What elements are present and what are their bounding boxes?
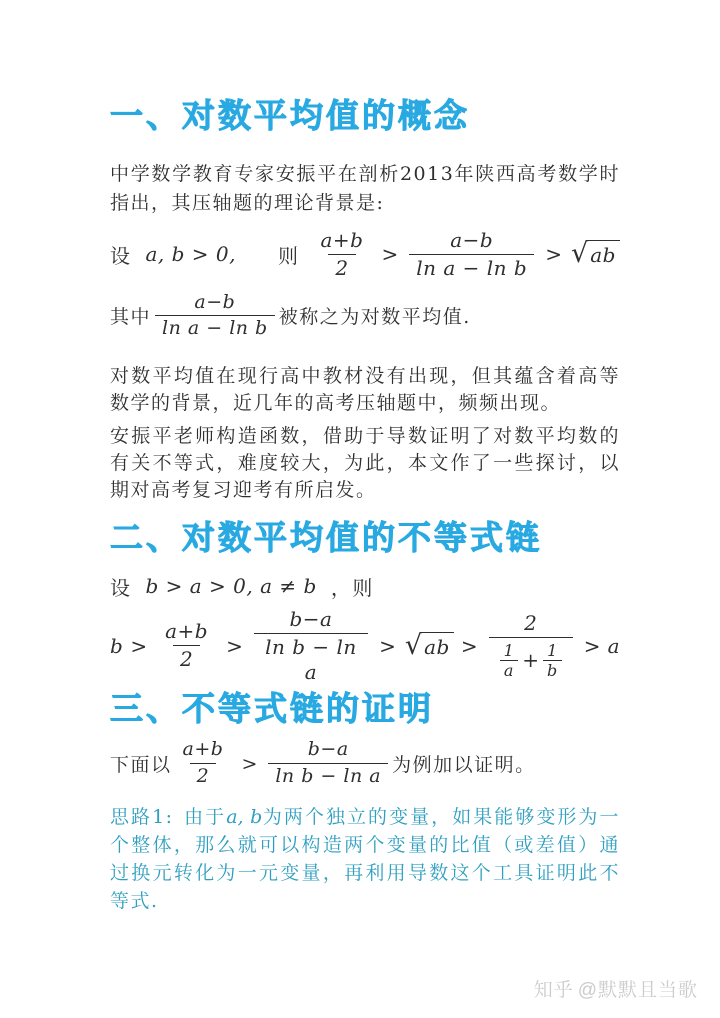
fraction-arith-mean: a+b 2 xyxy=(176,738,231,789)
idea-1-math-vars: a, b xyxy=(226,806,262,828)
fraction-arith-mean: a+b 2 xyxy=(314,228,371,281)
ze-label: 则 xyxy=(352,572,374,601)
greater-than-sign: > xyxy=(545,242,562,266)
idea-1-pre: 由于 xyxy=(184,806,227,828)
intro-paragraph: 中学数学教育专家安振平在剖析2013年陕西高考数学时指出，其压轴题的理论背景是: xyxy=(110,160,620,218)
plus-sign: + xyxy=(522,648,539,673)
log-mean-definition-line: 其中 a−b ln a − ln b 被称之为对数平均值. xyxy=(110,291,620,342)
definition-suffix: 被称之为对数平均值. xyxy=(279,302,471,329)
she-label: 设 xyxy=(110,572,132,601)
greater-than-sign: > xyxy=(130,634,147,658)
var-b: b xyxy=(110,634,123,658)
motivation-paragraph: 安振平老师构造函数，借助于导数证明了对数平均数的有关不等式，难度较大，为此，本文… xyxy=(110,423,620,504)
greater-than-sign: > xyxy=(381,242,398,266)
section-1-heading: 一、对数平均值的概念 xyxy=(110,96,620,136)
radical-icon: √ xyxy=(405,632,422,660)
greater-than-sign: > xyxy=(241,753,257,775)
example-prefix: 下面以 xyxy=(110,750,172,777)
comma: ， xyxy=(331,572,353,601)
fraction-log-mean: a−b ln a − ln b xyxy=(409,228,534,281)
zhihu-watermark: 知乎@默默且当歌 xyxy=(530,975,698,1002)
she-label: 设 xyxy=(110,240,132,269)
greater-than-sign: > xyxy=(226,634,243,658)
sqrt-geometric-mean: √ ab xyxy=(405,632,454,660)
idea-1-paragraph: 思路1:由于a, b为两个独立的变量，如果能够变形为一个整体，那么就可以构造两个… xyxy=(110,803,620,915)
sqrt-geometric-mean: √ ab xyxy=(571,240,620,268)
fraction-log-mean: b−a ln b − ln a xyxy=(254,607,368,685)
qizhong-label: 其中 xyxy=(110,302,151,329)
proof-example-line: 下面以 a+b 2 > b−a ln b − ln a 为例加以证明。 xyxy=(110,738,620,789)
example-suffix: 为例加以证明。 xyxy=(392,750,536,777)
greater-than-sign: > xyxy=(379,634,396,658)
var-a: a xyxy=(608,634,620,658)
idea-1-label: 思路1: xyxy=(110,806,174,828)
ze-label: 则 xyxy=(278,240,300,269)
zhihu-author-handle: @默默且当歌 xyxy=(578,980,698,1001)
article-page: 一、对数平均值的概念 中学数学教育专家安振平在剖析2013年陕西高考数学时指出，… xyxy=(0,0,720,915)
fraction-one-over-b: 1 b xyxy=(543,641,562,680)
fraction-one-over-a: 1 a xyxy=(500,641,519,680)
condition-b-gt-a: b > a > 0, a ≠ b xyxy=(146,574,317,598)
section-3-heading: 三、不等式链的证明 xyxy=(110,689,620,729)
fraction-harmonic-mean: 2 1 a + 1 b xyxy=(489,611,573,680)
chain-setup-line: 设 b > a > 0, a ≠ b ， 则 xyxy=(110,572,620,601)
background-paragraph: 对数平均值在现行高中教材没有出现，但其蕴含着高等数学的背景，近几年的高考压轴题中… xyxy=(110,363,620,417)
radical-icon: √ xyxy=(571,240,588,268)
greater-than-sign: > xyxy=(461,634,478,658)
log-mean-inequality-formula: 设 a, b > 0, 则 a+b 2 > a−b ln a − ln b > … xyxy=(110,228,620,281)
fraction-log-mean: b−a ln b − ln a xyxy=(268,738,388,789)
greater-than-sign: > xyxy=(584,634,601,658)
condition-a-b-positive: a, b > 0, xyxy=(146,242,237,266)
fraction-log-mean: a−b ln a − ln b xyxy=(155,291,275,342)
section-2-heading: 二、对数平均值的不等式链 xyxy=(110,518,620,558)
zhihu-site-label: 知乎 xyxy=(534,980,574,1001)
fraction-arith-mean: a+b 2 xyxy=(158,619,215,672)
inequality-chain-formula: b > a+b 2 > b−a ln b − ln a > √ ab > 2 1… xyxy=(110,607,620,685)
